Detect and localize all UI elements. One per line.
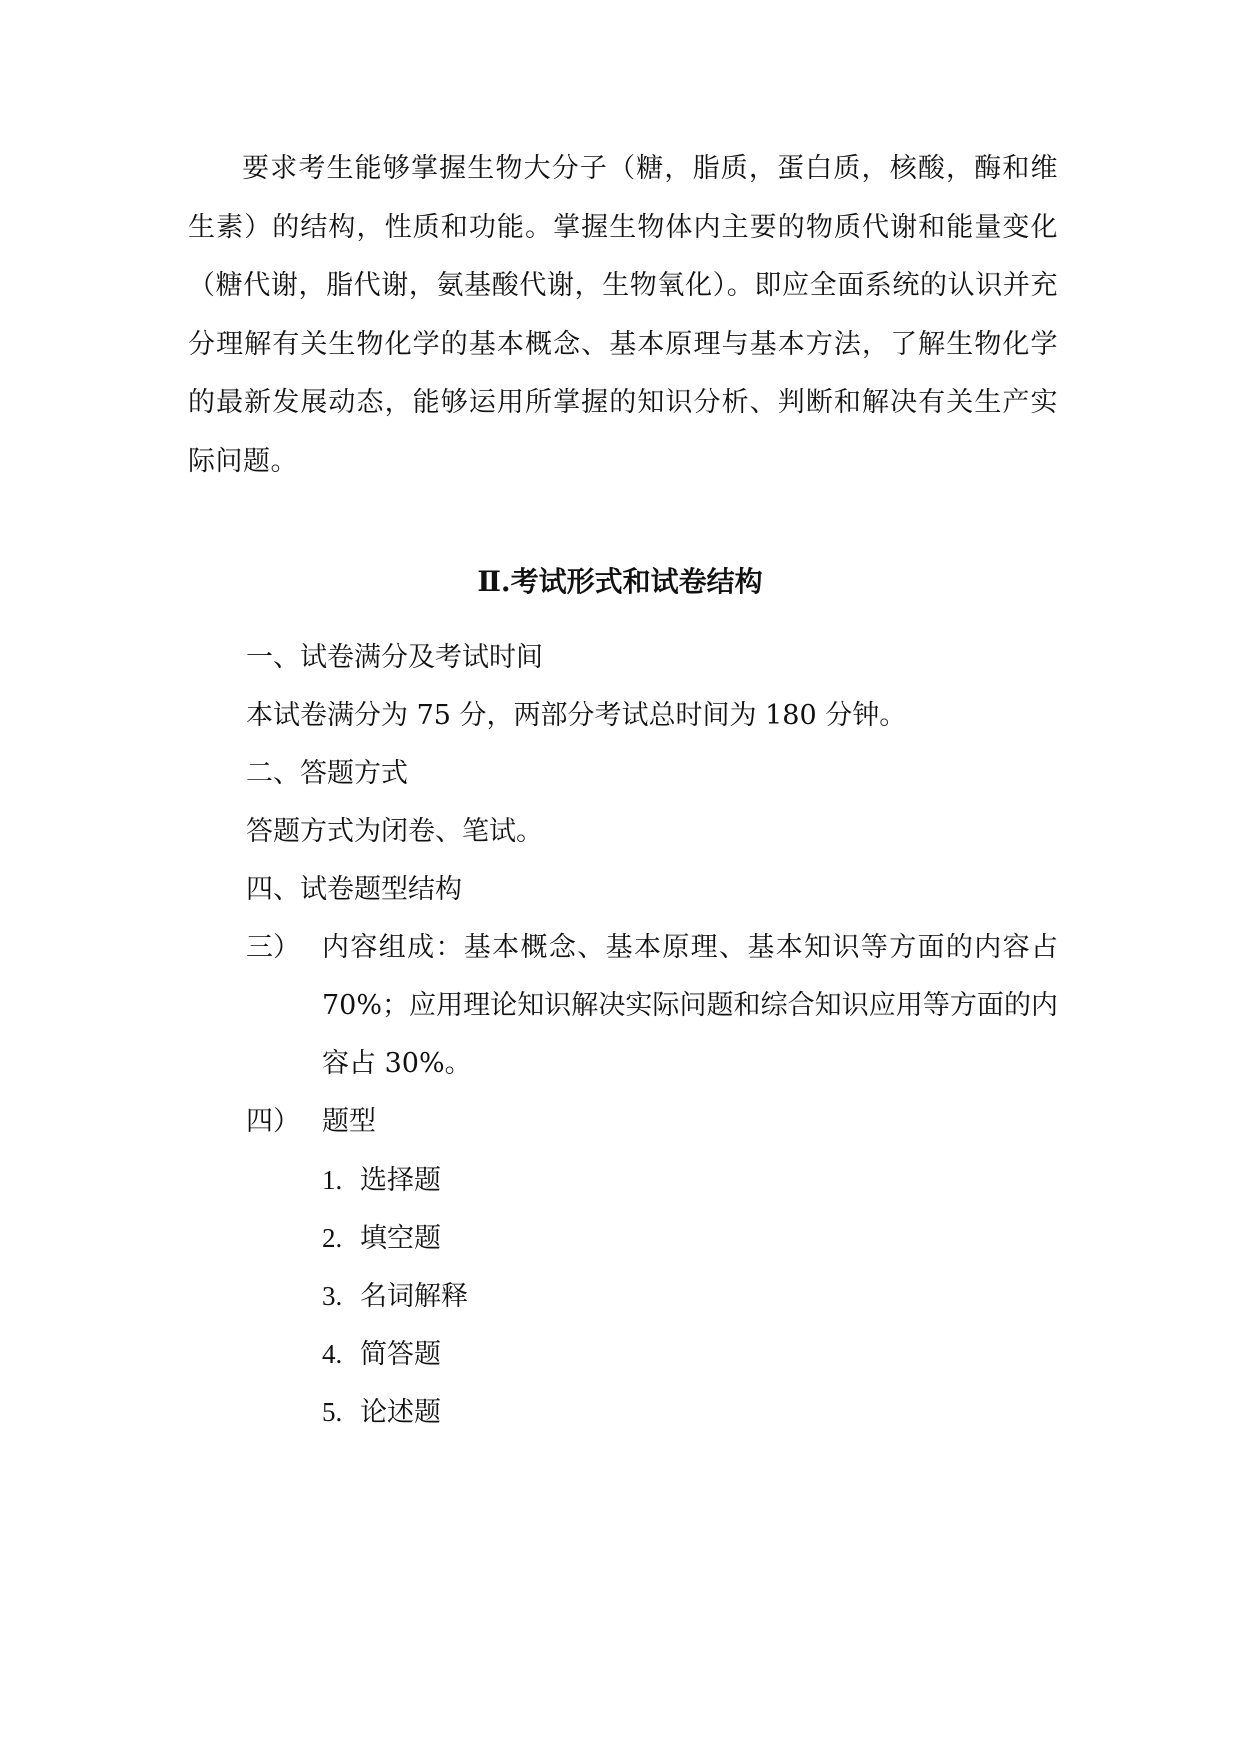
document-page: 要求考生能够掌握生物大分子（糖，脂质，蛋白质，核酸，酶和维生素）的结构，性质和功… (0, 0, 1240, 1754)
item-heading-paper-structure: 四、试卷题型结构 (246, 870, 462, 910)
question-type-item: 1.选择题 (322, 1160, 441, 1201)
question-type-number: 1. (322, 1160, 360, 1200)
item-text-score-time: 本试卷满分为 75 分，两部分考试总时间为 180 分钟。 (246, 696, 906, 736)
question-type-item: 2.填空题 (322, 1218, 441, 1259)
question-type-name: 简答题 (360, 1339, 441, 1370)
question-type-number: 2. (322, 1218, 360, 1258)
subsection-label-content: 三） (246, 928, 300, 968)
question-type-name: 填空题 (360, 1223, 441, 1254)
intro-paragraph: 要求考生能够掌握生物大分子（糖，脂质，蛋白质，核酸，酶和维生素）的结构，性质和功… (188, 140, 1058, 491)
question-type-number: 5. (322, 1392, 360, 1432)
question-type-item: 4.简答题 (322, 1334, 441, 1375)
item-heading-answer-method: 二、答题方式 (246, 754, 408, 794)
question-type-item: 5.论述题 (322, 1392, 441, 1433)
question-type-name: 选择题 (360, 1165, 441, 1196)
question-type-name: 名词解释 (360, 1281, 468, 1312)
item-heading-score-time: 一、试卷满分及考试时间 (246, 638, 543, 678)
subsection-text-question-types: 题型 (322, 1102, 376, 1142)
section-title: Ⅱ.考试形式和试卷结构 (0, 560, 1240, 600)
question-type-item: 3.名词解释 (322, 1276, 468, 1317)
question-type-number: 4. (322, 1334, 360, 1374)
subsection-label-question-types: 四） (246, 1102, 300, 1142)
subsection-text-content: 内容组成：基本概念、基本原理、基本知识等方面的内容占 70%；应用理论知识解决实… (322, 919, 1058, 1093)
item-text-answer-method: 答题方式为闭卷、笔试。 (246, 812, 543, 852)
question-type-number: 3. (322, 1276, 360, 1316)
question-type-name: 论述题 (360, 1397, 441, 1428)
